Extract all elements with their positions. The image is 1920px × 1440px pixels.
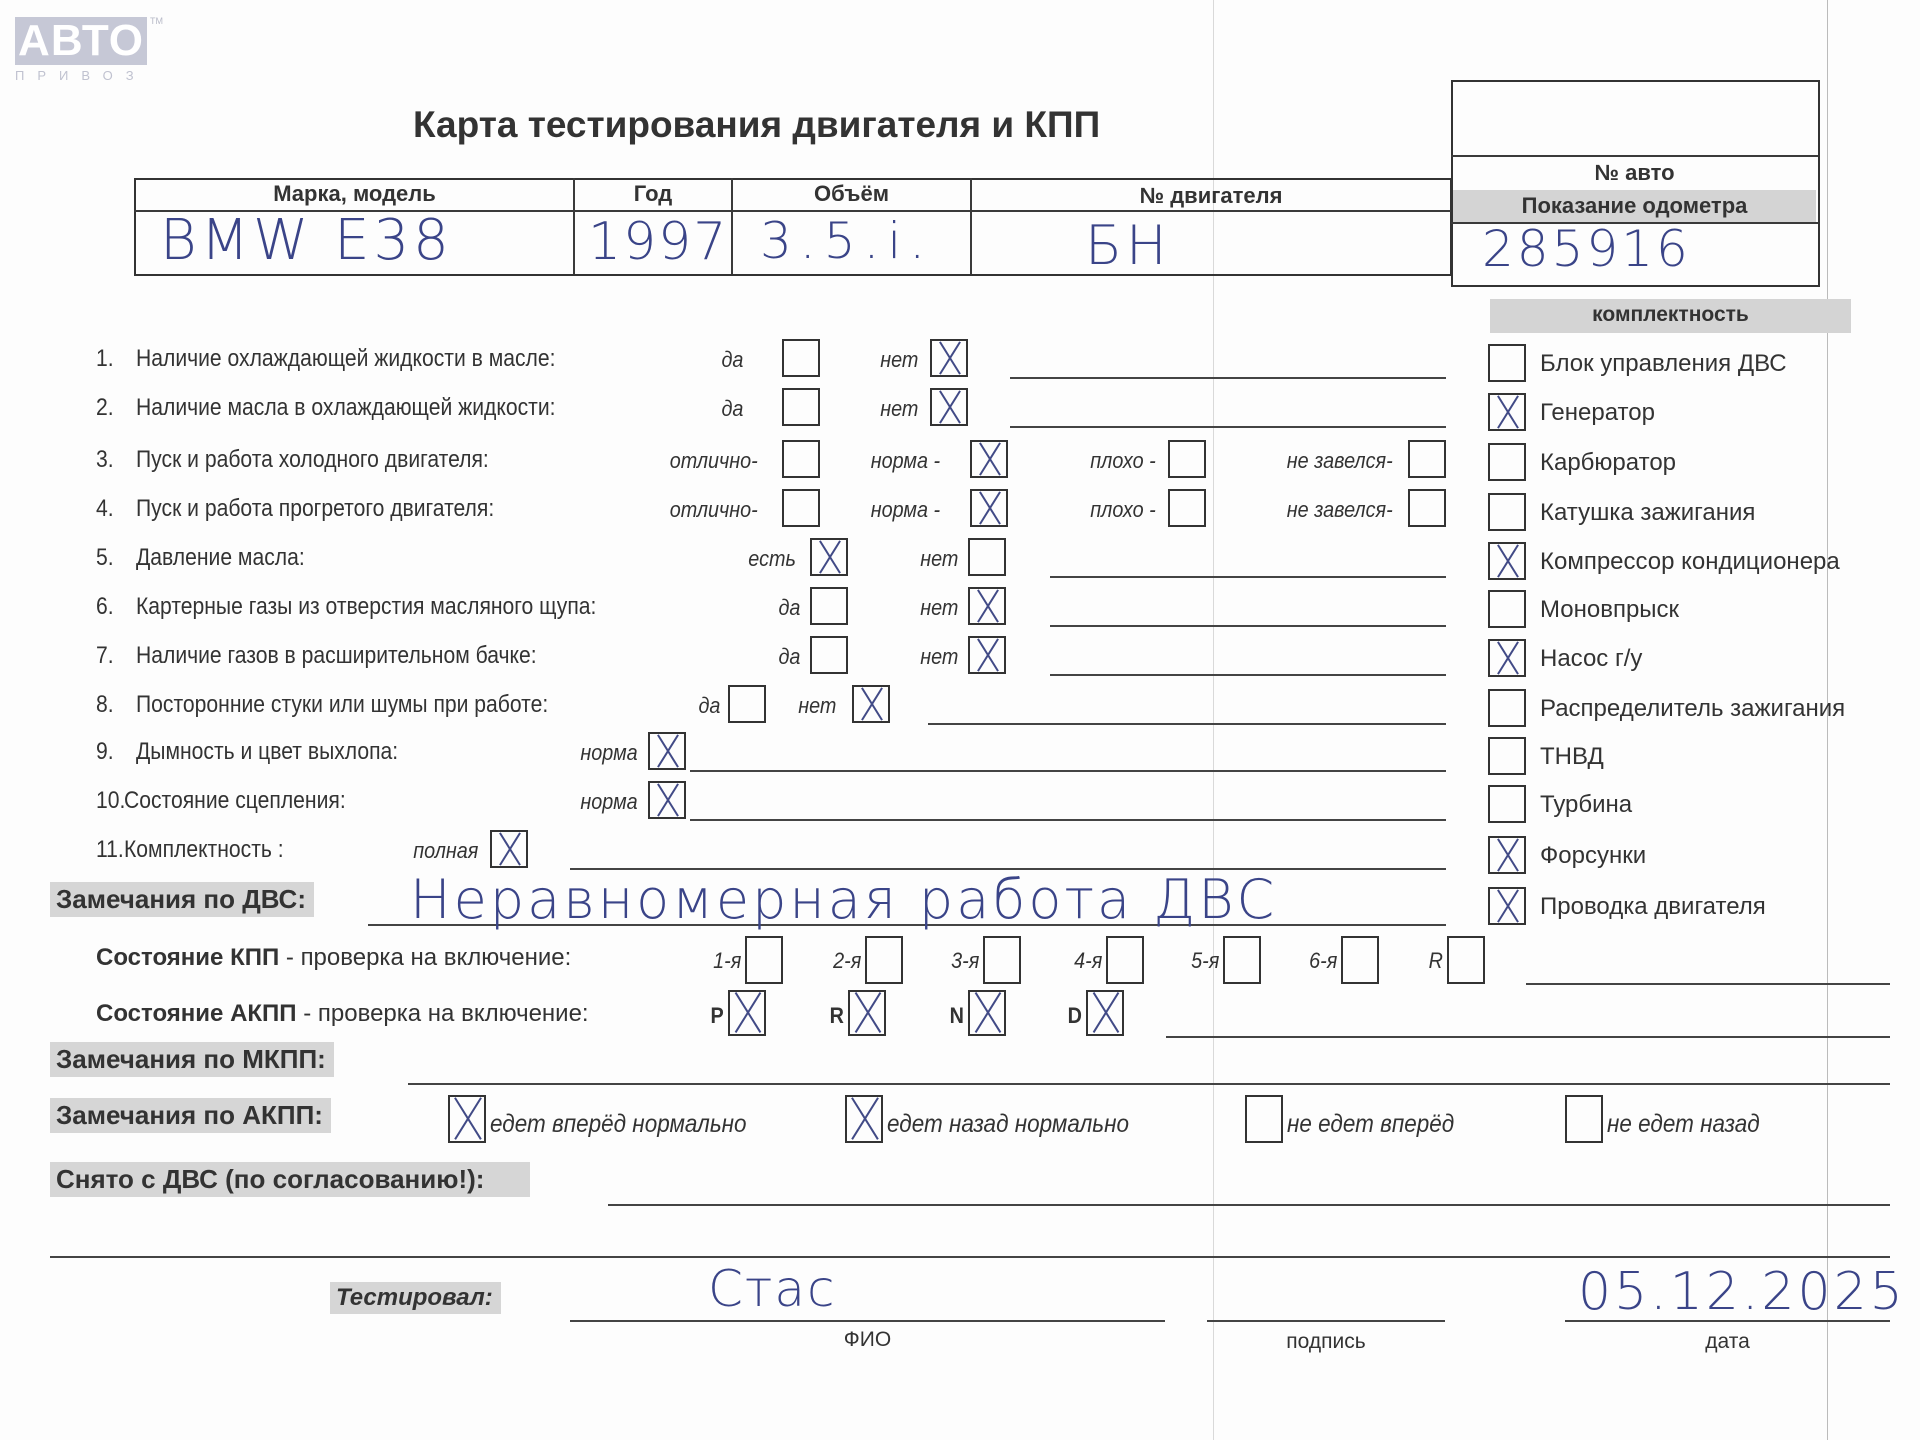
checkbox[interactable] (852, 685, 890, 723)
option-label: нет (920, 546, 958, 572)
option-label: нет (920, 644, 958, 670)
make-model-field[interactable]: BMW E38 (160, 208, 453, 273)
gear-label: P (711, 1003, 724, 1029)
gear-label: R (830, 1003, 844, 1029)
page-title: Карта тестирования двигателя и КПП (413, 104, 1100, 146)
checkbox[interactable] (728, 685, 766, 723)
option-label: да (721, 347, 743, 373)
signature-line[interactable] (1207, 1320, 1445, 1322)
year-field[interactable]: 1997 (588, 212, 728, 272)
option-label: нет (880, 396, 918, 422)
engine-remarks-field[interactable]: Неравномерная работа ДВС (410, 868, 1277, 931)
completeness-checkbox[interactable] (1488, 542, 1526, 580)
manual-gearbox-label: Состояние КПП - проверка на включение: (96, 944, 571, 972)
checkbox[interactable] (782, 440, 820, 478)
completeness-checkbox[interactable] (1488, 443, 1526, 481)
checkbox[interactable] (1168, 489, 1206, 527)
gear-label: R (1429, 948, 1443, 974)
checkbox[interactable] (968, 538, 1006, 576)
checkbox[interactable] (970, 440, 1008, 478)
notes-line[interactable] (1010, 426, 1446, 428)
checklist-number: 2. (96, 394, 114, 422)
completeness-checkbox[interactable] (1488, 344, 1526, 382)
option-label: полная (413, 838, 478, 864)
auto-remark-checkbox[interactable] (845, 1095, 883, 1143)
completeness-checkbox[interactable] (1488, 887, 1526, 925)
checklist-label: Состояние сцепления: (124, 787, 346, 815)
auto-remark-checkbox[interactable] (448, 1095, 486, 1143)
option-label: не завелся- (1287, 448, 1393, 474)
checkbox[interactable] (968, 636, 1006, 674)
box-divider (1451, 155, 1818, 157)
notes-line[interactable] (690, 819, 1446, 821)
gear-checkbox[interactable] (848, 990, 886, 1036)
gear-checkbox[interactable] (1447, 936, 1485, 984)
gear-label: 4-я (1074, 948, 1102, 974)
odometer-field[interactable]: 285916 (1482, 220, 1691, 278)
completeness-item-label: Компрессор кондиционера (1540, 548, 1840, 576)
tested-by-label: Тестировал: (330, 1282, 501, 1314)
checklist-label: Дымность и цвет выхлопа: (136, 738, 398, 766)
checkbox[interactable] (810, 538, 848, 576)
completeness-item-label: Насос г/у (1540, 645, 1642, 673)
auto-remark-checkbox[interactable] (1245, 1095, 1283, 1143)
option-label: норма (581, 740, 638, 766)
checklist-number: 5. (96, 544, 114, 572)
checklist-number: 3. (96, 446, 114, 474)
checklist-label: Пуск и работа холодного двигателя: (136, 446, 489, 474)
engine-remarks-label: Замечания по ДВС: (50, 882, 314, 917)
column-header-make-model: Марка, модель (136, 181, 573, 207)
gear-checkbox[interactable] (745, 936, 783, 984)
completeness-item-label: Карбюратор (1540, 449, 1676, 477)
completeness-checkbox[interactable] (1488, 639, 1526, 677)
auto-remark-checkbox[interactable] (1565, 1095, 1603, 1143)
checklist-number: 9. (96, 738, 114, 766)
gear-checkbox[interactable] (1086, 990, 1124, 1036)
column-header-volume: Объём (733, 181, 970, 207)
auto-gearbox-label: Состояние АКПП - проверка на включение: (96, 1000, 589, 1028)
checklist-number: 10. (96, 787, 125, 815)
completeness-checkbox[interactable] (1488, 737, 1526, 775)
signature-caption: подпись (1207, 1330, 1445, 1354)
column-header-year: Год (575, 181, 731, 207)
gear-label: 3-я (951, 948, 979, 974)
option-label: нет (880, 347, 918, 373)
tester-name-field[interactable]: Стас (708, 1260, 836, 1318)
checkbox[interactable] (782, 339, 820, 377)
option-label: есть (748, 546, 796, 572)
auto-remark-label: не едет назад (1607, 1110, 1760, 1139)
manual-remarks-line[interactable] (408, 1083, 1890, 1085)
notes-line[interactable] (1050, 625, 1446, 627)
removed-line-2[interactable] (50, 1256, 1890, 1258)
checkbox[interactable] (782, 489, 820, 527)
completeness-header: комплектность (1490, 303, 1851, 327)
checklist-label: Наличие масла в охлаждающей жидкости: (136, 394, 555, 422)
checkbox[interactable] (930, 339, 968, 377)
option-label: норма - (871, 448, 940, 474)
completeness-item-label: Форсунки (1540, 842, 1646, 870)
engine-number-field[interactable]: БН (1085, 214, 1171, 277)
auto-remarks-label: Замечания по АКПП: (50, 1098, 331, 1133)
option-label: норма (581, 789, 638, 815)
completeness-checkbox[interactable] (1488, 590, 1526, 628)
gear-checkbox[interactable] (968, 990, 1006, 1036)
checkbox[interactable] (810, 587, 848, 625)
completeness-checkbox[interactable] (1488, 785, 1526, 823)
auto-remark-label: не едет вперёд (1287, 1110, 1454, 1139)
checklist-number: 8. (96, 691, 114, 719)
checkbox[interactable] (648, 732, 686, 770)
checkbox[interactable] (1408, 489, 1446, 527)
notes-line[interactable] (1050, 576, 1446, 578)
checkbox[interactable] (930, 388, 968, 426)
completeness-item-label: Турбина (1540, 791, 1632, 819)
auto-remark-label: едет вперёд нормально (490, 1110, 747, 1139)
manual-gearbox-label-rest: - проверка на включение: (279, 944, 571, 971)
checklist-label: Комплектность : (124, 836, 284, 864)
gear-checkbox[interactable] (1106, 936, 1144, 984)
removed-label: Снято с ДВС (по согласованию!): (50, 1162, 530, 1197)
completeness-checkbox[interactable] (1488, 393, 1526, 431)
auto-remark-label: едет назад нормально (887, 1110, 1129, 1139)
completeness-item-label: Моновпрыск (1540, 596, 1679, 624)
checklist-number: 7. (96, 642, 114, 670)
notes-line[interactable] (928, 723, 1446, 725)
checkbox[interactable] (1168, 440, 1206, 478)
checkbox[interactable] (970, 489, 1008, 527)
option-label: нет (798, 693, 836, 719)
logo-subtitle: ПРИВОЗ (15, 68, 147, 83)
gear-label: 1-я (713, 948, 741, 974)
checklist-number: 11. (96, 836, 124, 864)
completeness-checkbox[interactable] (1488, 689, 1526, 727)
checklist-label: Посторонние стуки или шумы при работе: (136, 691, 548, 719)
checklist-number: 1. (96, 345, 114, 373)
column-header-engine-number: № двигателя (972, 183, 1450, 209)
gear-label: 6-я (1309, 948, 1337, 974)
logo: АВТО (15, 17, 147, 65)
option-label: отлично- (670, 448, 758, 474)
manual-remarks-label: Замечания по МКПП: (50, 1042, 334, 1077)
gear-label: D (1068, 1003, 1082, 1029)
checklist-label: Давление масла: (136, 544, 305, 572)
manual-gearbox-label-bold: Состояние КПП (96, 944, 279, 971)
checkbox[interactable] (968, 587, 1006, 625)
option-label: плохо - (1091, 497, 1156, 523)
auto-gearbox-line (1166, 1036, 1890, 1038)
completeness-item-label: ТНВД (1540, 743, 1604, 771)
checklist-label: Картерные газы из отверстия масляного щу… (136, 593, 596, 621)
option-label: да (698, 693, 720, 719)
auto-gearbox-label-rest: - проверка на включение: (297, 1000, 589, 1027)
option-label: норма - (871, 497, 940, 523)
checklist-label: Пуск и работа прогретого двигателя: (136, 495, 494, 523)
checkbox[interactable] (1408, 440, 1446, 478)
completeness-item-label: Блок управления ДВС (1540, 350, 1787, 378)
option-label: плохо - (1091, 448, 1156, 474)
gear-checkbox[interactable] (1223, 936, 1261, 984)
option-label: да (778, 644, 800, 670)
gear-label: 5-я (1191, 948, 1219, 974)
checklist-number: 6. (96, 593, 114, 621)
checklist-number: 4. (96, 495, 114, 523)
checklist-label: Наличие газов в расширительном бачке: (136, 642, 537, 670)
date-caption: дата (1565, 1330, 1890, 1354)
checkbox[interactable] (810, 636, 848, 674)
completeness-checkbox[interactable] (1488, 493, 1526, 531)
completeness-checkbox[interactable] (1488, 836, 1526, 874)
gear-label: 2-я (833, 948, 861, 974)
name-line (570, 1320, 1165, 1322)
manual-gearbox-line (1526, 983, 1890, 985)
completeness-item-label: Катушка зажигания (1540, 499, 1755, 527)
checkbox[interactable] (490, 830, 528, 868)
notes-line[interactable] (1010, 377, 1446, 379)
option-label: отлично- (670, 497, 758, 523)
checklist-label: Наличие охлаждающей жидкости в масле: (136, 345, 555, 373)
name-caption: ФИО (570, 1328, 1165, 1352)
option-label: нет (920, 595, 958, 621)
gear-checkbox[interactable] (1341, 936, 1379, 984)
option-label: да (778, 595, 800, 621)
option-label: да (721, 396, 743, 422)
gear-checkbox[interactable] (983, 936, 1021, 984)
removed-line[interactable] (608, 1204, 1890, 1206)
odometer-label: Показание одометра (1453, 193, 1816, 219)
notes-line[interactable] (690, 770, 1446, 772)
gear-checkbox[interactable] (728, 990, 766, 1036)
gear-checkbox[interactable] (865, 936, 903, 984)
notes-line[interactable] (1050, 674, 1446, 676)
car-number-label: № авто (1453, 160, 1816, 186)
checkbox[interactable] (648, 781, 686, 819)
date-field[interactable]: 05.12.2025 (1578, 1262, 1906, 1322)
completeness-item-label: Генератор (1540, 399, 1655, 427)
auto-gearbox-label-bold: Состояние АКПП (96, 1000, 297, 1027)
completeness-item-label: Проводка двигателя (1540, 893, 1766, 921)
checkbox[interactable] (782, 388, 820, 426)
gear-label: N (950, 1003, 964, 1029)
completeness-item-label: Распределитель зажигания (1540, 695, 1845, 723)
volume-field[interactable]: 3.5.i. (760, 212, 933, 270)
logo-tm: TM (150, 16, 163, 26)
option-label: не завелся- (1287, 497, 1393, 523)
